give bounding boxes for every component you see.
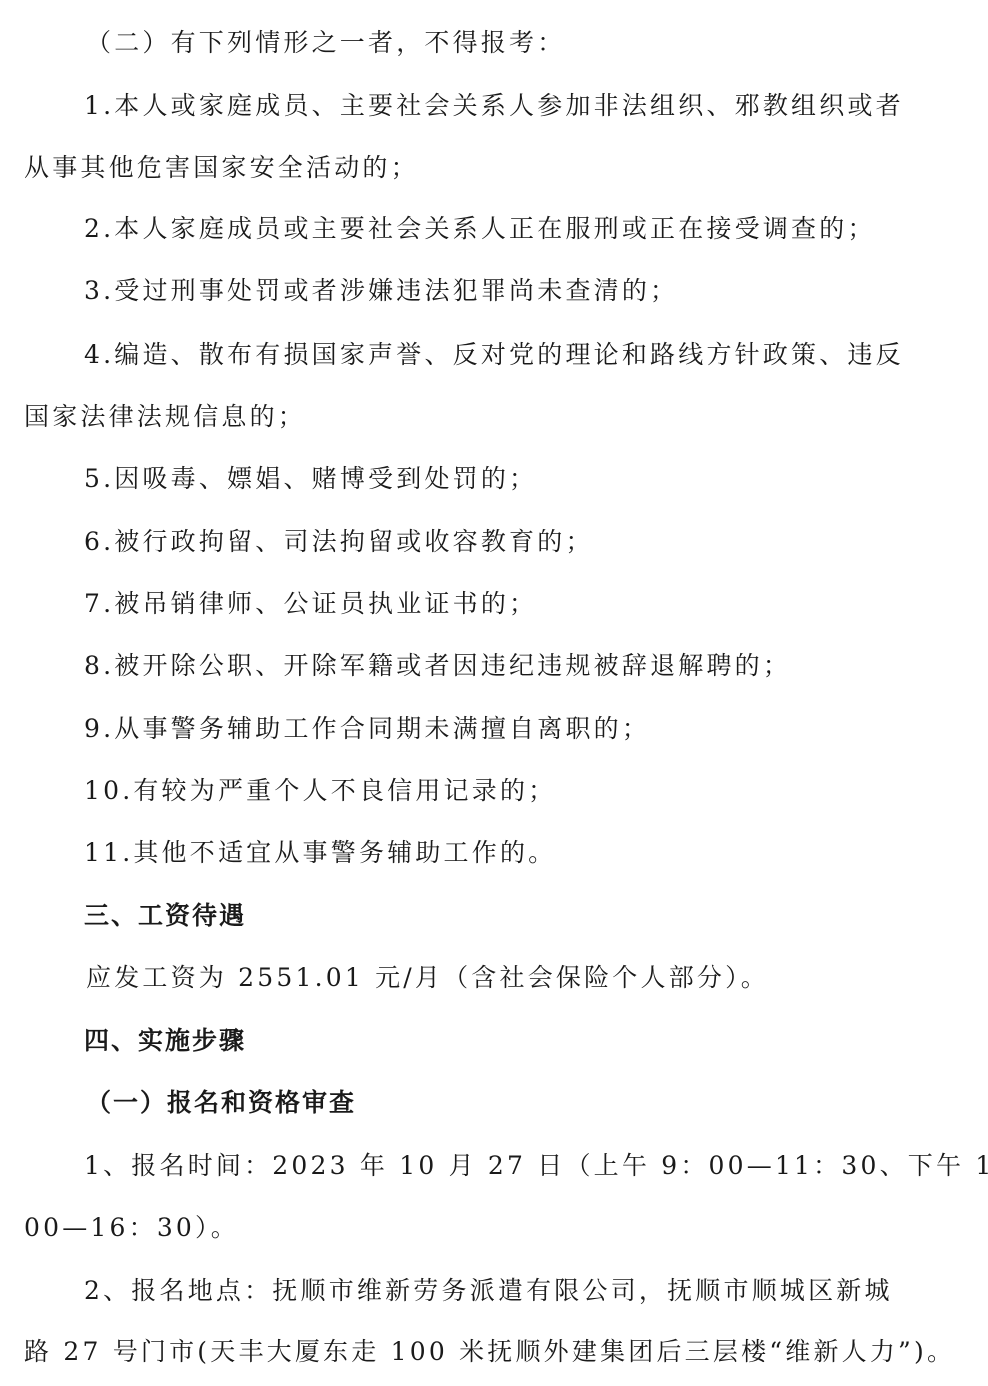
paragraph-line: 00—16：30）。 (24, 1213, 239, 1243)
paragraph-line: （二）有下列情形之一者，不得报考： (86, 28, 565, 58)
paragraph-line: 2、报名地点：抚顺市维新劳务派遣有限公司，抚顺市顺城区新城 (84, 1276, 893, 1306)
paragraph-line: 2.本人家庭成员或主要社会关系人正在服刑或正在接受调查的； (84, 214, 876, 244)
paragraph-line: 4.编造、散布有损国家声誉、反对党的理论和路线方针政策、违反 (84, 340, 904, 370)
section-heading: 四、实施步骤 (84, 1026, 246, 1056)
paragraph-line: 应发工资为 2551.01 元/月（含社会保险个人部分）。 (86, 963, 769, 993)
paragraph-line: 8.被开除公职、开除军籍或者因违纪违规被辞退解聘的； (84, 651, 791, 681)
paragraph-line: 国家法律法规信息的； (24, 402, 306, 432)
paragraph-line: 7.被吊销律师、公证员执业证书的； (84, 589, 537, 619)
paragraph-line: 6.被行政拘留、司法拘留或收容教育的； (84, 527, 594, 557)
paragraph-line: 路 27 号门市(天丰大厦东走 100 米抚顺外建集团后三层楼“维新人力”)。 (24, 1337, 955, 1367)
section-heading: 三、工资待遇 (84, 901, 246, 931)
paragraph-line: 9.从事警务辅助工作合同期未满擅自离职的； (84, 714, 650, 744)
paragraph-line: 11.其他不适宜从事警务辅助工作的。 (84, 838, 556, 868)
paragraph-line: 3.受过刑事处罚或者涉嫌违法犯罪尚未查清的； (84, 276, 678, 306)
paragraph-line: 5.因吸毒、嫖娼、赌博受到处罚的； (84, 464, 537, 494)
paragraph-line: 10.有较为严重个人不良信用记录的； (84, 776, 556, 806)
paragraph-line: 1.本人或家庭成员、主要社会关系人参加非法组织、邪教组织或者 (84, 91, 904, 121)
section-heading: （一）报名和资格审查 (86, 1088, 356, 1118)
paragraph-line: 从事其他危害国家安全活动的； (24, 153, 419, 183)
paragraph-line: 1、报名时间：2023 年 10 月 27 日（上午 9：00—11：30、下午… (84, 1151, 988, 1181)
